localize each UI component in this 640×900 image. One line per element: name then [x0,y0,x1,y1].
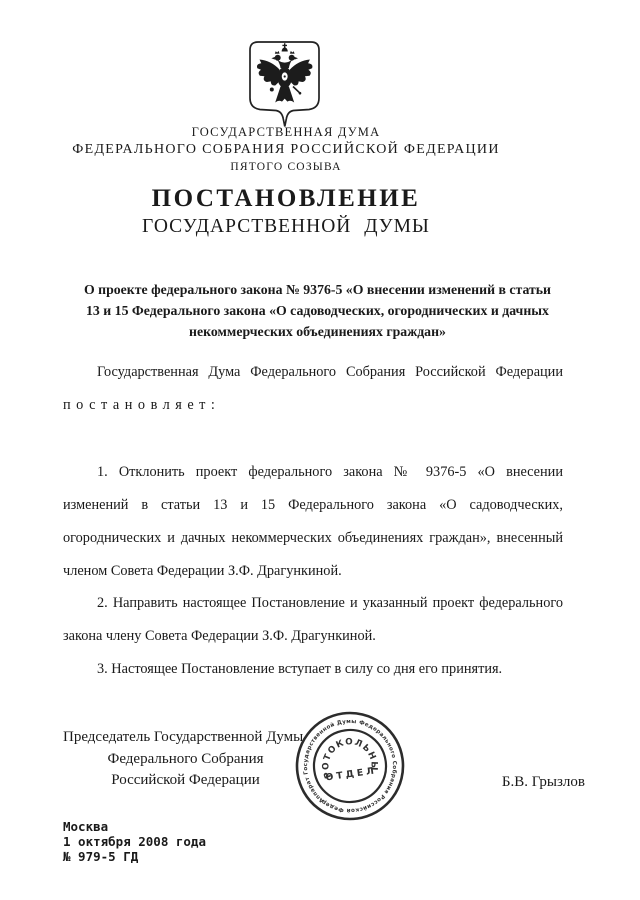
intro-paragraph: Государственная Дума Федерального Собран… [63,356,563,421]
signer-position-line3: Российской Федерации [63,770,308,792]
resolution-item-3: 3. Настоящее Постановление вступает в си… [63,653,563,686]
title-main: ПОСТАНОВЛЕНИЕ [0,185,572,213]
document-page: ГОСУДАРСТВЕННАЯ ДУМА ФЕДЕРАЛЬНОГО СОБРАН… [0,0,640,900]
double-headed-eagle-icon [249,41,320,127]
org-name-line1: ГОСУДАРСТВЕННАЯ ДУМА [0,124,572,141]
org-name-line3: ПЯТОГО СОЗЫВА [0,159,572,176]
issue-details: Москва 1 октября 2008 года № 979-5 ГД [63,819,206,865]
title-sub: ГОСУДАРСТВЕННОЙ ДУМЫ [0,214,572,239]
letterhead: ГОСУДАРСТВЕННАЯ ДУМА ФЕДЕРАЛЬНОГО СОБРАН… [0,124,572,176]
subject-line: О проекте федерального закона № 9376-5 «… [60,279,575,300]
org-name-line2: ФЕДЕРАЛЬНОГО СОБРАНИЯ РОССИЙСКОЙ ФЕДЕРАЦ… [0,141,572,159]
issue-city: Москва [63,819,206,834]
subject-heading: О проекте федерального закона № 9376-5 «… [60,279,575,342]
subject-line: некоммерческих объединениях граждан» [60,321,575,342]
resolves-word: постановляет: [63,397,220,413]
document-number: № 979-5 ГД [63,849,206,864]
round-stamp-icon: Аппарат Государственной Думы Федеральног… [290,706,410,826]
issue-date: 1 октября 2008 года [63,834,206,849]
subject-line: 13 и 15 Федерального закона «О садоводче… [60,300,575,321]
signer-position-line1: Председатель Государственной Думы [63,727,308,749]
signer-name: Б.В. Грызлов [502,772,585,794]
resolution-item-1: 1. Отклонить проект федерального закона … [63,456,563,587]
signer-position: Председатель Государственной Думы Федера… [63,727,308,792]
resolution-item-2: 2. Направить настоящее Постановление и у… [63,587,563,652]
document-body: Государственная Дума Федерального Собран… [63,356,563,685]
coat-of-arms [249,41,320,127]
signer-position-line2: Федерального Собрания [63,749,308,771]
protocol-department-stamp: Аппарат Государственной Думы Федеральног… [290,706,410,826]
document-title: ПОСТАНОВЛЕНИЕ ГОСУДАРСТВЕННОЙ ДУМЫ [0,185,572,239]
intro-text: Государственная Дума Федерального Собран… [97,364,563,380]
